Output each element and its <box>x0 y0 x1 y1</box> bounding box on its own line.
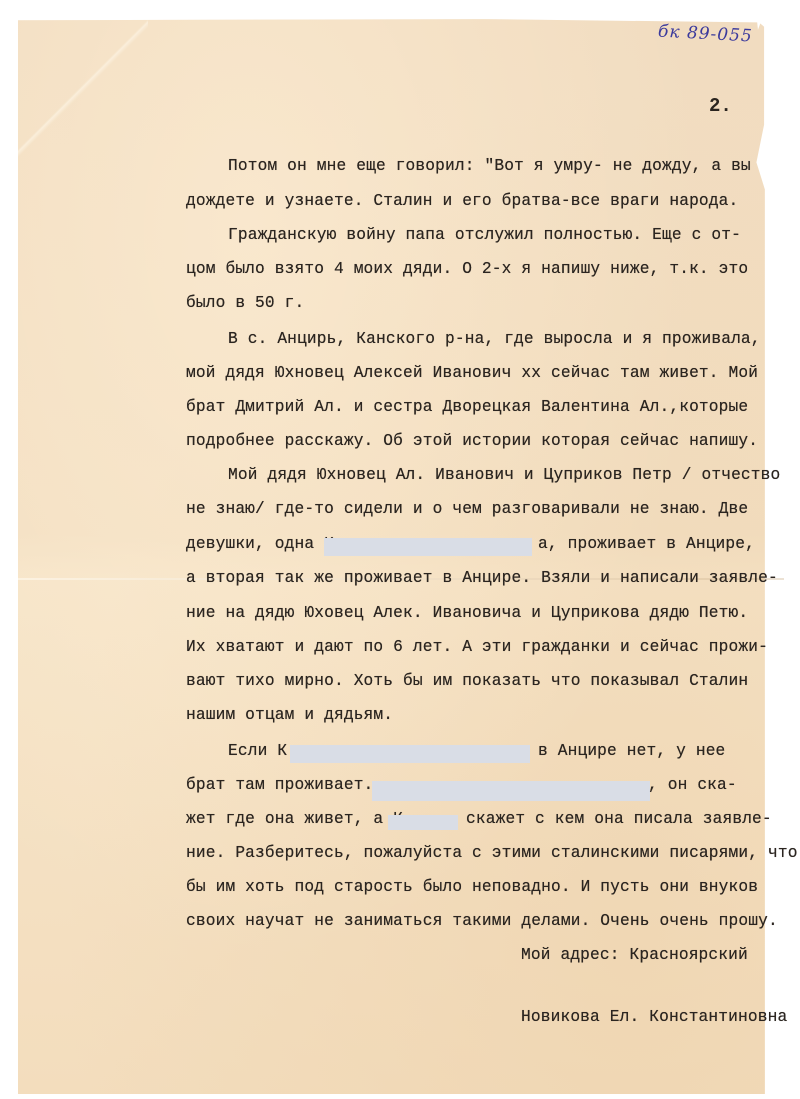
text-line: а вторая так же проживает в Анцире. Взял… <box>186 569 778 587</box>
address-label: Мой адрес: Красноярский <box>521 946 748 964</box>
text-line: нашим отцам и дядьям. <box>186 706 393 724</box>
text-line: подробнее расскажу. Об этой истории кото… <box>186 432 758 450</box>
text-line: ние на дядю Юховец Алек. Ивановича и Цуп… <box>186 604 748 622</box>
text-line: Гражданскую войну папа отслужил полность… <box>228 226 741 244</box>
text-line: цом было взято 4 моих дяди. О 2-х я напи… <box>186 260 748 278</box>
text-line: Их хватают и дают по 6 лет. А эти гражда… <box>186 638 768 656</box>
text-line: вают тихо мирно. Хоть бы им показать что… <box>186 672 748 690</box>
text-line: а, проживает в Анцире, <box>538 535 755 553</box>
redaction-box <box>290 745 530 763</box>
redaction-box <box>372 781 650 801</box>
text-line: Потом он мне еще говорил: "Вот я умру- н… <box>228 157 751 175</box>
redaction-box <box>324 538 532 556</box>
text-line: не знаю/ где-то сидели и о чем разговари… <box>186 500 748 518</box>
text-line: девушки, одна К <box>186 535 334 553</box>
page-number: 2. <box>709 95 732 117</box>
text-line: Если К <box>228 742 287 760</box>
signature-name: Новикова Ел. Константиновна <box>521 1008 787 1026</box>
text-line: скажет с кем она писала заявле- <box>466 810 772 828</box>
text-line: бы им хоть под старость было неповадно. … <box>186 878 758 896</box>
text-line: В с. Анцирь, Канского р-на, где выросла … <box>228 330 761 348</box>
text-line: брат Дмитрий Ал. и сестра Дворецкая Вале… <box>186 398 748 416</box>
text-line: , он ска- <box>648 776 737 794</box>
text-line: Мой дядя Юхновец Ал. Иванович и Цуприков… <box>228 466 780 484</box>
text-line: мой дядя Юхновец Алексей Иванович хх сей… <box>186 364 758 382</box>
text-line: брат там проживает. <box>186 776 373 794</box>
text-line: жет где она живет, а К <box>186 810 403 828</box>
text-line: своих научат не заниматься такими делами… <box>186 912 778 930</box>
text-line: ние. Разберитесь, пожалуйста с этими ста… <box>186 844 798 862</box>
text-line: в Анцире нет, у нее <box>538 742 725 760</box>
text-line: было в 50 г. <box>186 294 304 312</box>
text-line: дождете и узнаете. Сталин и его братва-в… <box>186 192 738 210</box>
redaction-box <box>388 815 458 830</box>
